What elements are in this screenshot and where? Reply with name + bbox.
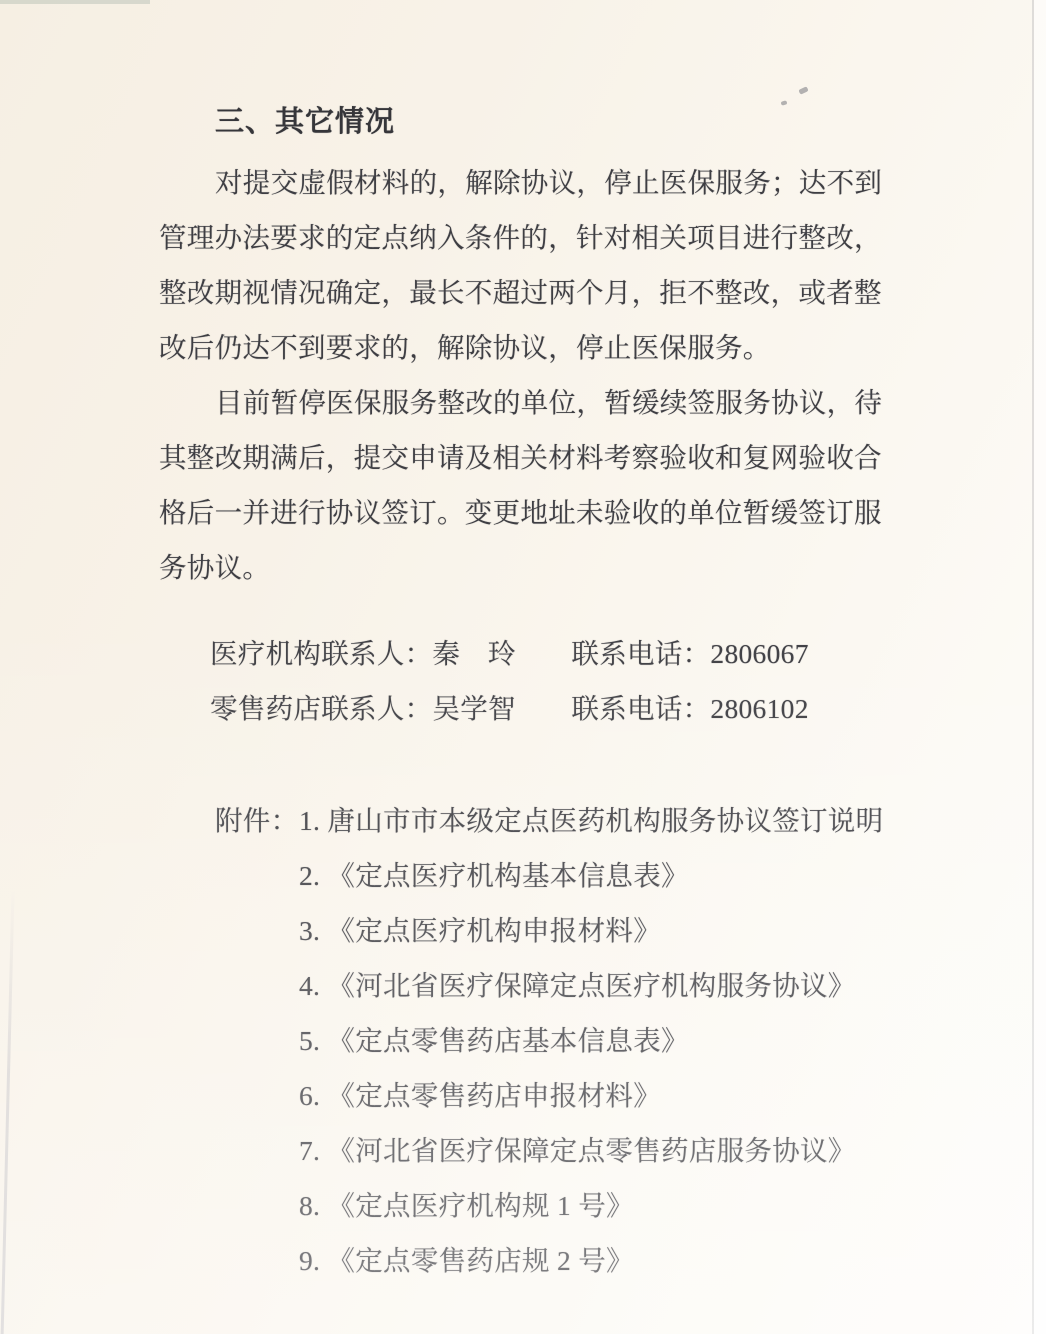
attachment-item: 4. 《河北省医疗保障定点医疗机构服务协议》: [299, 963, 856, 1003]
attachment-row: 9. 《定点零售药店规 2 号》: [215, 1230, 883, 1285]
attachment-row: 8. 《定点医疗机构规 1 号》: [215, 1175, 883, 1230]
dust-mark: [798, 86, 808, 94]
paper-edge-left: [1, 890, 15, 1334]
attachments-label: 附件：: [215, 798, 299, 838]
attachment-item: 3. 《定点医疗机构申报材料》: [299, 908, 661, 948]
attachment-item: 2. 《定点医疗机构基本信息表》: [299, 853, 689, 893]
text-line: 目前暂停医保服务整改的单位，暂缓续签服务协议，待: [159, 372, 882, 427]
attachments-list: 附件：1. 唐山市市本级定点医药机构服务协议签订说明 2. 《定点医疗机构基本信…: [215, 790, 883, 1285]
attachment-row: 7. 《河北省医疗保障定点零售药店服务协议》: [215, 1120, 883, 1175]
section-heading-block: 三、其它情况: [215, 92, 395, 147]
attachment-item: 1. 唐山市市本级定点医药机构服务协议签订说明: [299, 798, 883, 838]
attachment-row: 3. 《定点医疗机构申报材料》: [215, 900, 883, 955]
text-line: 改后仍达不到要求的，解除协议，停止医保服务。: [159, 317, 882, 372]
attachment-item: 6. 《定点零售药店申报材料》: [299, 1073, 661, 1113]
paper-edge-right: [1032, 0, 1034, 1334]
attachment-item: 7. 《河北省医疗保障定点零售药店服务协议》: [299, 1128, 856, 1168]
contact-info: 医疗机构联系人：秦 玲 联系电话：2806067 零售药店联系人：吴学智 联系电…: [210, 623, 809, 733]
dust-mark: [781, 100, 788, 105]
attachment-row: 附件：1. 唐山市市本级定点医药机构服务协议签订说明: [215, 790, 883, 845]
attachment-row: 5. 《定点零售药店基本信息表》: [215, 1010, 883, 1065]
text-line: 整改期视情况确定，最长不超过两个月，拒不整改，或者整: [159, 262, 882, 317]
text-line: 务协议。: [159, 537, 882, 592]
text-line: 管理办法要求的定点纳入条件的，针对相关项目进行整改，: [159, 207, 882, 262]
paper-edge-right-band: [1034, 0, 1046, 1334]
attachment-item: 5. 《定点零售药店基本信息表》: [299, 1018, 689, 1058]
scanned-document-page: 三、其它情况 对提交虚假材料的，解除协议，停止医保服务；达不到 管理办法要求的定…: [0, 0, 1046, 1334]
attachment-row: 4. 《河北省医疗保障定点医疗机构服务协议》: [215, 955, 883, 1010]
text-line: 其整改期满后，提交申请及相关材料考察验收和复网验收合: [159, 427, 882, 482]
attachment-row: 2. 《定点医疗机构基本信息表》: [215, 845, 883, 900]
text-line: 对提交虚假材料的，解除协议，停止医保服务；达不到: [159, 152, 882, 207]
paragraph-penalties: 对提交虚假材料的，解除协议，停止医保服务；达不到 管理办法要求的定点纳入条件的，…: [159, 152, 882, 372]
contact-line-medical: 医疗机构联系人：秦 玲 联系电话：2806067: [210, 623, 809, 678]
section-heading: 三、其它情况: [215, 92, 395, 147]
text-line: 格后一并进行协议签订。变更地址未验收的单位暂缓签订服: [159, 482, 882, 537]
paragraph-suspension: 目前暂停医保服务整改的单位，暂缓续签服务协议，待 其整改期满后，提交申请及相关材…: [159, 372, 882, 592]
attachment-row: 6. 《定点零售药店申报材料》: [215, 1065, 883, 1120]
scan-edge-top: [0, 0, 150, 4]
attachment-item: 9. 《定点零售药店规 2 号》: [299, 1238, 634, 1278]
attachment-item: 8. 《定点医疗机构规 1 号》: [299, 1183, 634, 1223]
contact-line-pharmacy: 零售药店联系人：吴学智 联系电话：2806102: [210, 678, 809, 733]
